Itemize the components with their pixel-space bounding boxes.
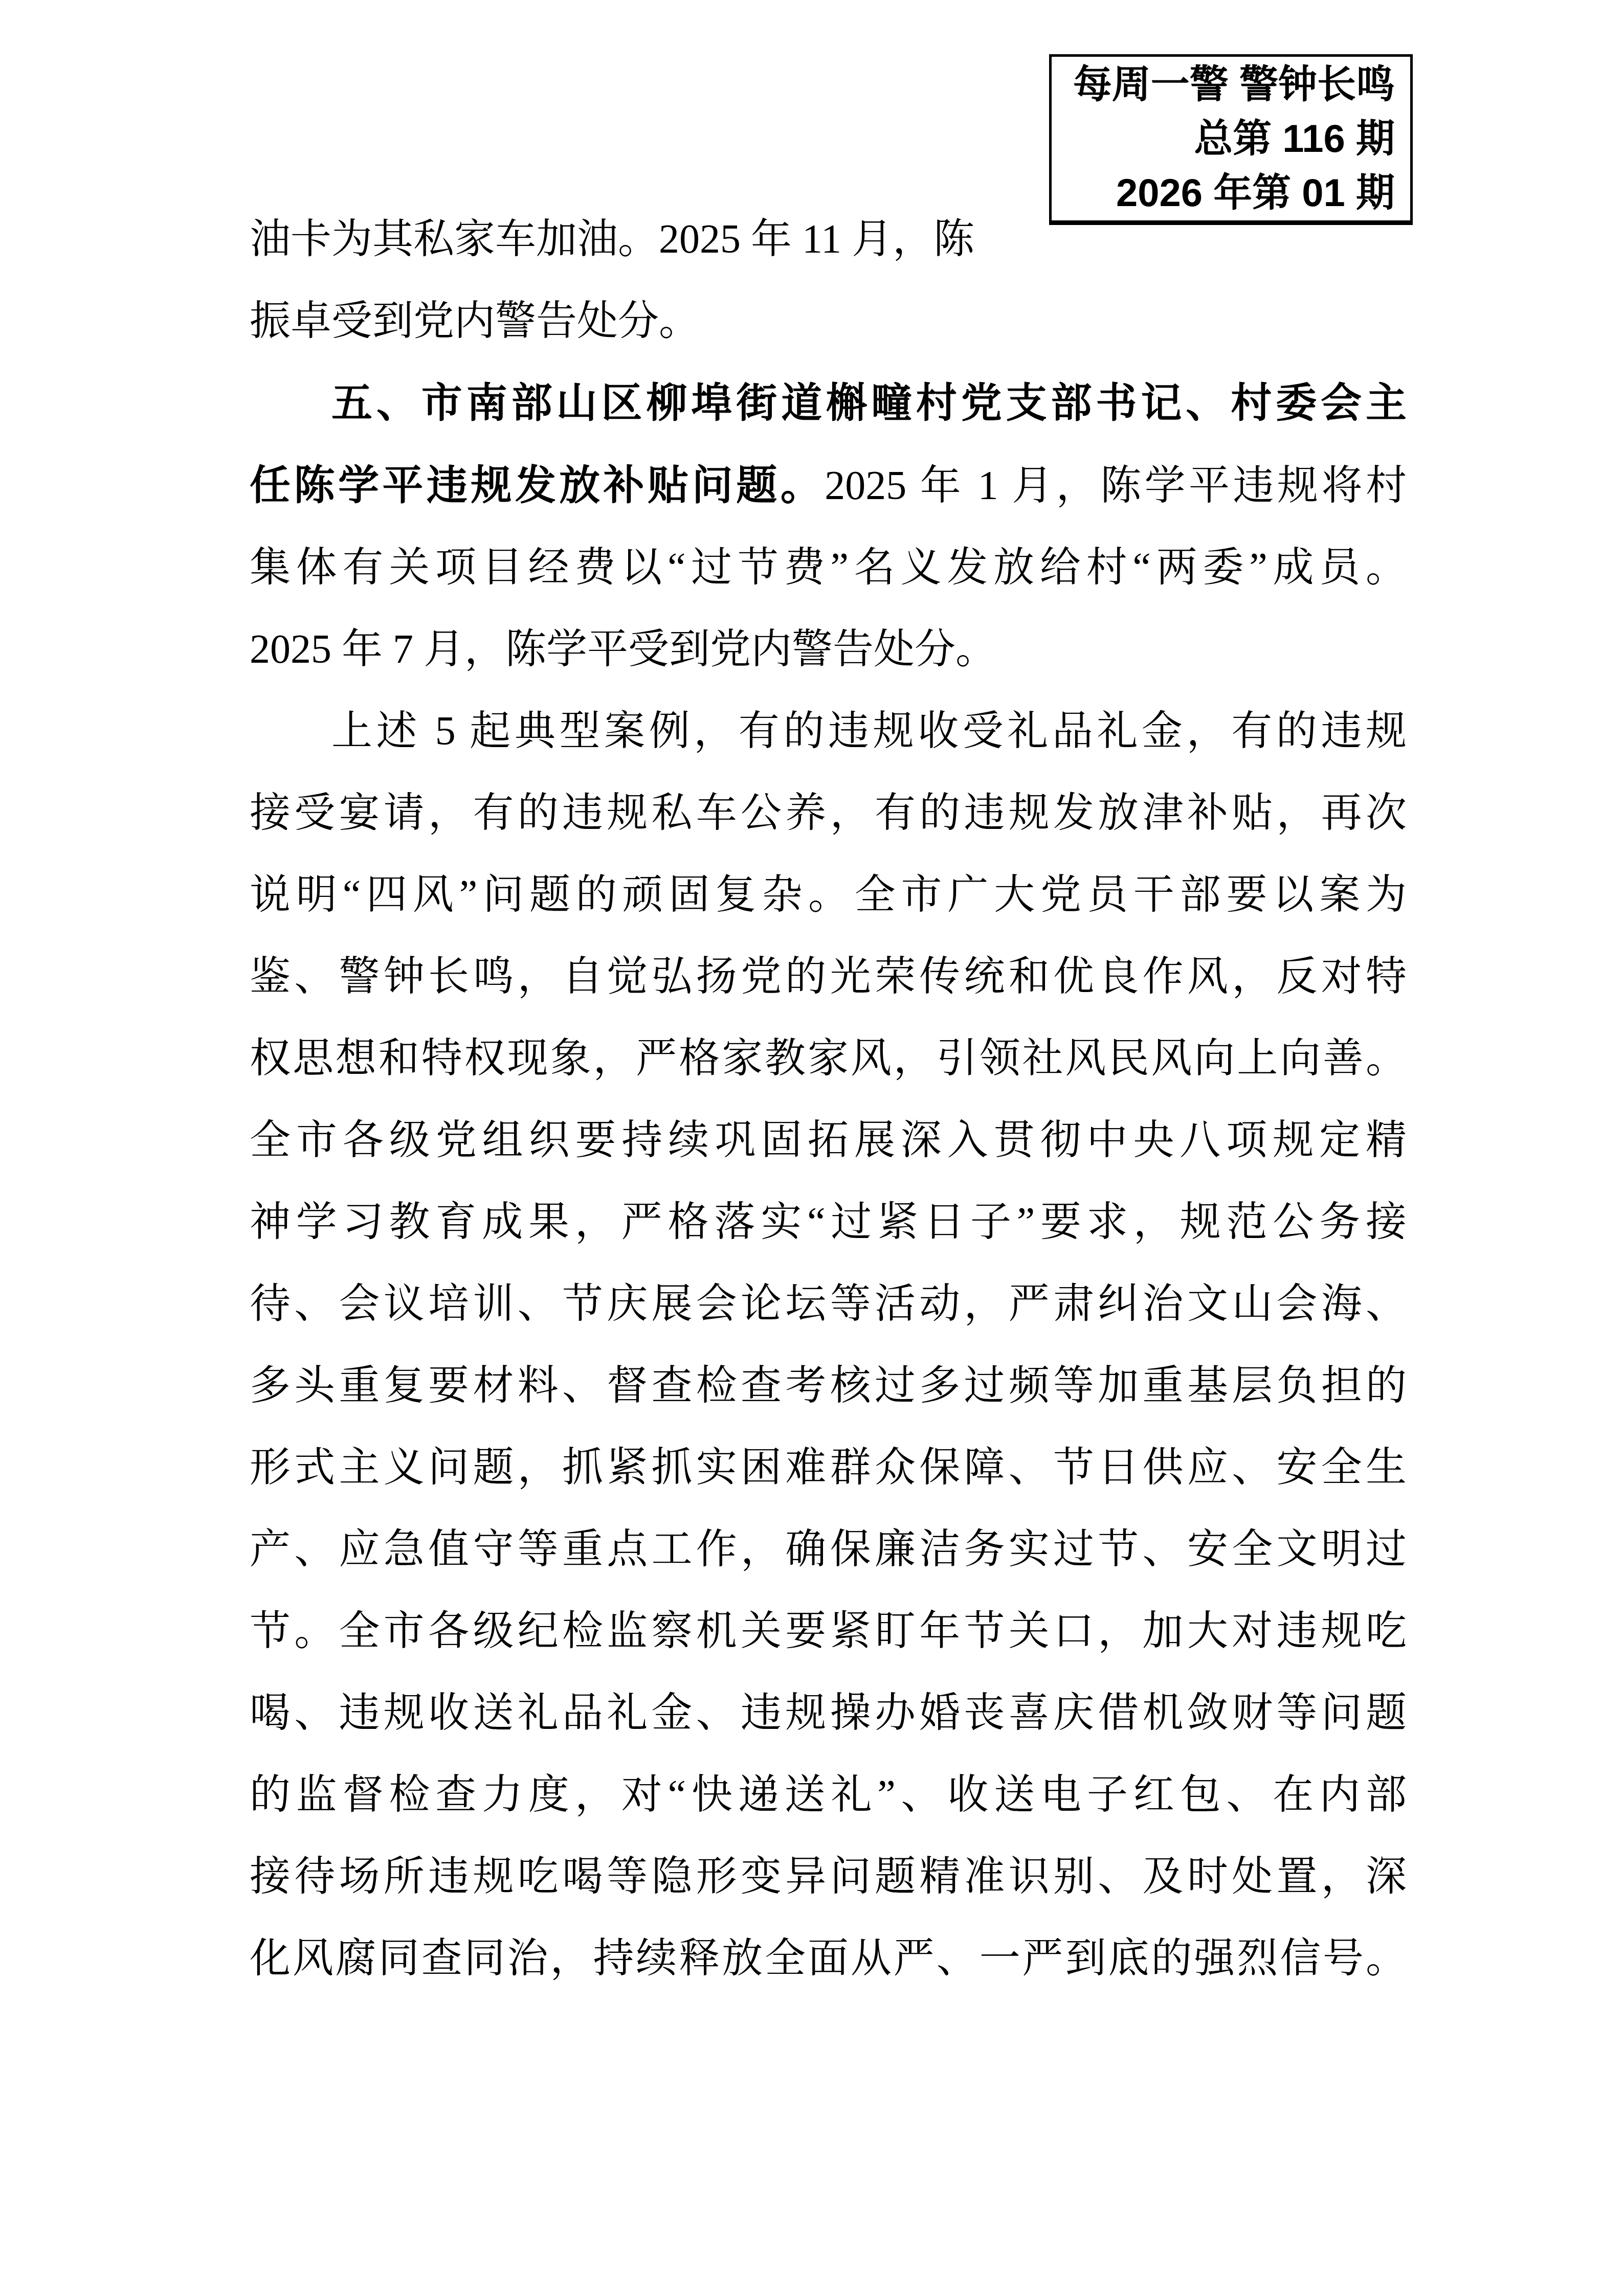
text-line: 待、会议培训、节庆展会论坛等活动，严肃纠治文山会海、 xyxy=(250,1263,1407,1345)
body-text: 油卡为其私家车加油。2025 年 11 月，陈振卓受到党内警告处分。五、市南部山… xyxy=(250,198,1407,1999)
text-line: 油卡为其私家车加油。2025 年 11 月，陈 xyxy=(250,198,1407,280)
text-segment: 多头重复要材料、督查检查考核过多过频等加重基层负担的 xyxy=(250,1363,1407,1408)
text-line: 节。全市各级纪检监察机关要紧盯年节关口，加大对违规吃 xyxy=(250,1590,1407,1672)
text-segment: 振卓受到党内警告处分。 xyxy=(250,299,700,344)
text-line: 喝、违规收送礼品礼金、违规操办婚丧喜庆借机敛财等问题 xyxy=(250,1672,1407,1754)
text-segment: 化风腐同查同治，持续释放全面从严、一严到底的强烈信号。 xyxy=(250,1936,1407,1981)
text-segment: 2025 年 1 月，陈学平违规将村 xyxy=(825,463,1407,508)
text-segment: 全市各级党组织要持续巩固拓展深入贯彻中央八项规定精 xyxy=(250,1118,1407,1163)
text-segment: 喝、违规收送礼品礼金、违规操办婚丧喜庆借机敛财等问题 xyxy=(250,1691,1407,1736)
text-segment: 接待场所违规吃喝等隐形变异问题精准识别、及时处置，深 xyxy=(250,1854,1407,1899)
text-segment: 形式主义问题，抓紧抓实困难群众保障、节日供应、安全生 xyxy=(250,1445,1407,1490)
text-line: 鉴、警钟长鸣，自觉弘扬党的光荣传统和优良作风，反对特 xyxy=(250,936,1407,1018)
text-line: 集体有关项目经费以“过节费”名义发放给村“两委”成员。 xyxy=(250,527,1407,609)
document-page: 每周一警 警钟长鸣 总第 116 期 2026 年第 01 期 油卡为其私家车加… xyxy=(0,0,1624,2296)
text-line: 多头重复要材料、督查检查考核过多过频等加重基层负担的 xyxy=(250,1345,1407,1427)
text-line: 形式主义问题，抓紧抓实困难群众保障、节日供应、安全生 xyxy=(250,1427,1407,1509)
text-line: 权思想和特权现象，严格家教家风，引领社风民风向上向善。 xyxy=(250,1018,1407,1099)
text-line: 化风腐同查同治，持续释放全面从严、一严到底的强烈信号。 xyxy=(250,1918,1407,1999)
text-segment: 集体有关项目经费以“过节费”名义发放给村“两委”成员。 xyxy=(250,545,1407,590)
text-segment: 2025 年 7 月，陈学平受到党内警告处分。 xyxy=(250,627,996,672)
text-segment: 的监督检查力度，对“快递送礼”、收送电子红包、在内部 xyxy=(250,1772,1407,1817)
text-line: 的监督检查力度，对“快递送礼”、收送电子红包、在内部 xyxy=(250,1754,1407,1836)
text-line: 振卓受到党内警告处分。 xyxy=(250,280,1407,362)
text-segment: 上述 5 起典型案例，有的违规收受礼品礼金，有的违规 xyxy=(331,709,1407,754)
text-segment: 神学习教育成果，严格落实“过紧日子”要求，规范公务接 xyxy=(250,1200,1407,1245)
text-line: 接受宴请，有的违规私车公养，有的违规发放津补贴，再次 xyxy=(250,772,1407,854)
text-segment: 接受宴请，有的违规私车公养，有的违规发放津补贴，再次 xyxy=(250,791,1407,836)
text-line: 神学习教育成果，严格落实“过紧日子”要求，规范公务接 xyxy=(250,1181,1407,1263)
bulletin-title: 每周一警 警钟长鸣 xyxy=(1057,58,1395,112)
issue-total-number: 总第 116 期 xyxy=(1057,112,1395,166)
text-line: 接待场所违规吃喝等隐形变异问题精准识别、及时处置，深 xyxy=(250,1836,1407,1918)
text-segment: 说明“四风”问题的顽固复杂。全市广大党员干部要以案为 xyxy=(250,872,1407,917)
text-segment: 油卡为其私家车加油。2025 年 11 月，陈 xyxy=(250,217,974,262)
text-line: 任陈学平违规发放补贴问题。2025 年 1 月，陈学平违规将村 xyxy=(250,444,1407,527)
bold-text-segment: 任陈学平违规发放补贴问题。 xyxy=(250,462,825,508)
text-line: 五、市南部山区柳埠街道槲疃村党支部书记、村委会主 xyxy=(250,362,1407,444)
text-line: 上述 5 起典型案例，有的违规收受礼品礼金，有的违规 xyxy=(250,690,1407,772)
text-segment: 权思想和特权现象，严格家教家风，引领社风民风向上向善。 xyxy=(250,1036,1407,1081)
text-segment: 产、应急值守等重点工作，确保廉洁务实过节、安全文明过 xyxy=(250,1527,1407,1572)
text-segment: 节。全市各级纪检监察机关要紧盯年节关口，加大对违规吃 xyxy=(250,1609,1407,1654)
bold-text-segment: 五、市南部山区柳埠街道槲疃村党支部书记、村委会主 xyxy=(331,380,1407,425)
text-line: 产、应急值守等重点工作，确保廉洁务实过节、安全文明过 xyxy=(250,1509,1407,1590)
text-line: 2025 年 7 月，陈学平受到党内警告处分。 xyxy=(250,609,1407,690)
text-line: 全市各级党组织要持续巩固拓展深入贯彻中央八项规定精 xyxy=(250,1099,1407,1181)
text-segment: 鉴、警钟长鸣，自觉弘扬党的光荣传统和优良作风，反对特 xyxy=(250,954,1407,999)
text-line: 说明“四风”问题的顽固复杂。全市广大党员干部要以案为 xyxy=(250,854,1407,936)
text-segment: 待、会议培训、节庆展会论坛等活动，严肃纠治文山会海、 xyxy=(250,1281,1407,1326)
